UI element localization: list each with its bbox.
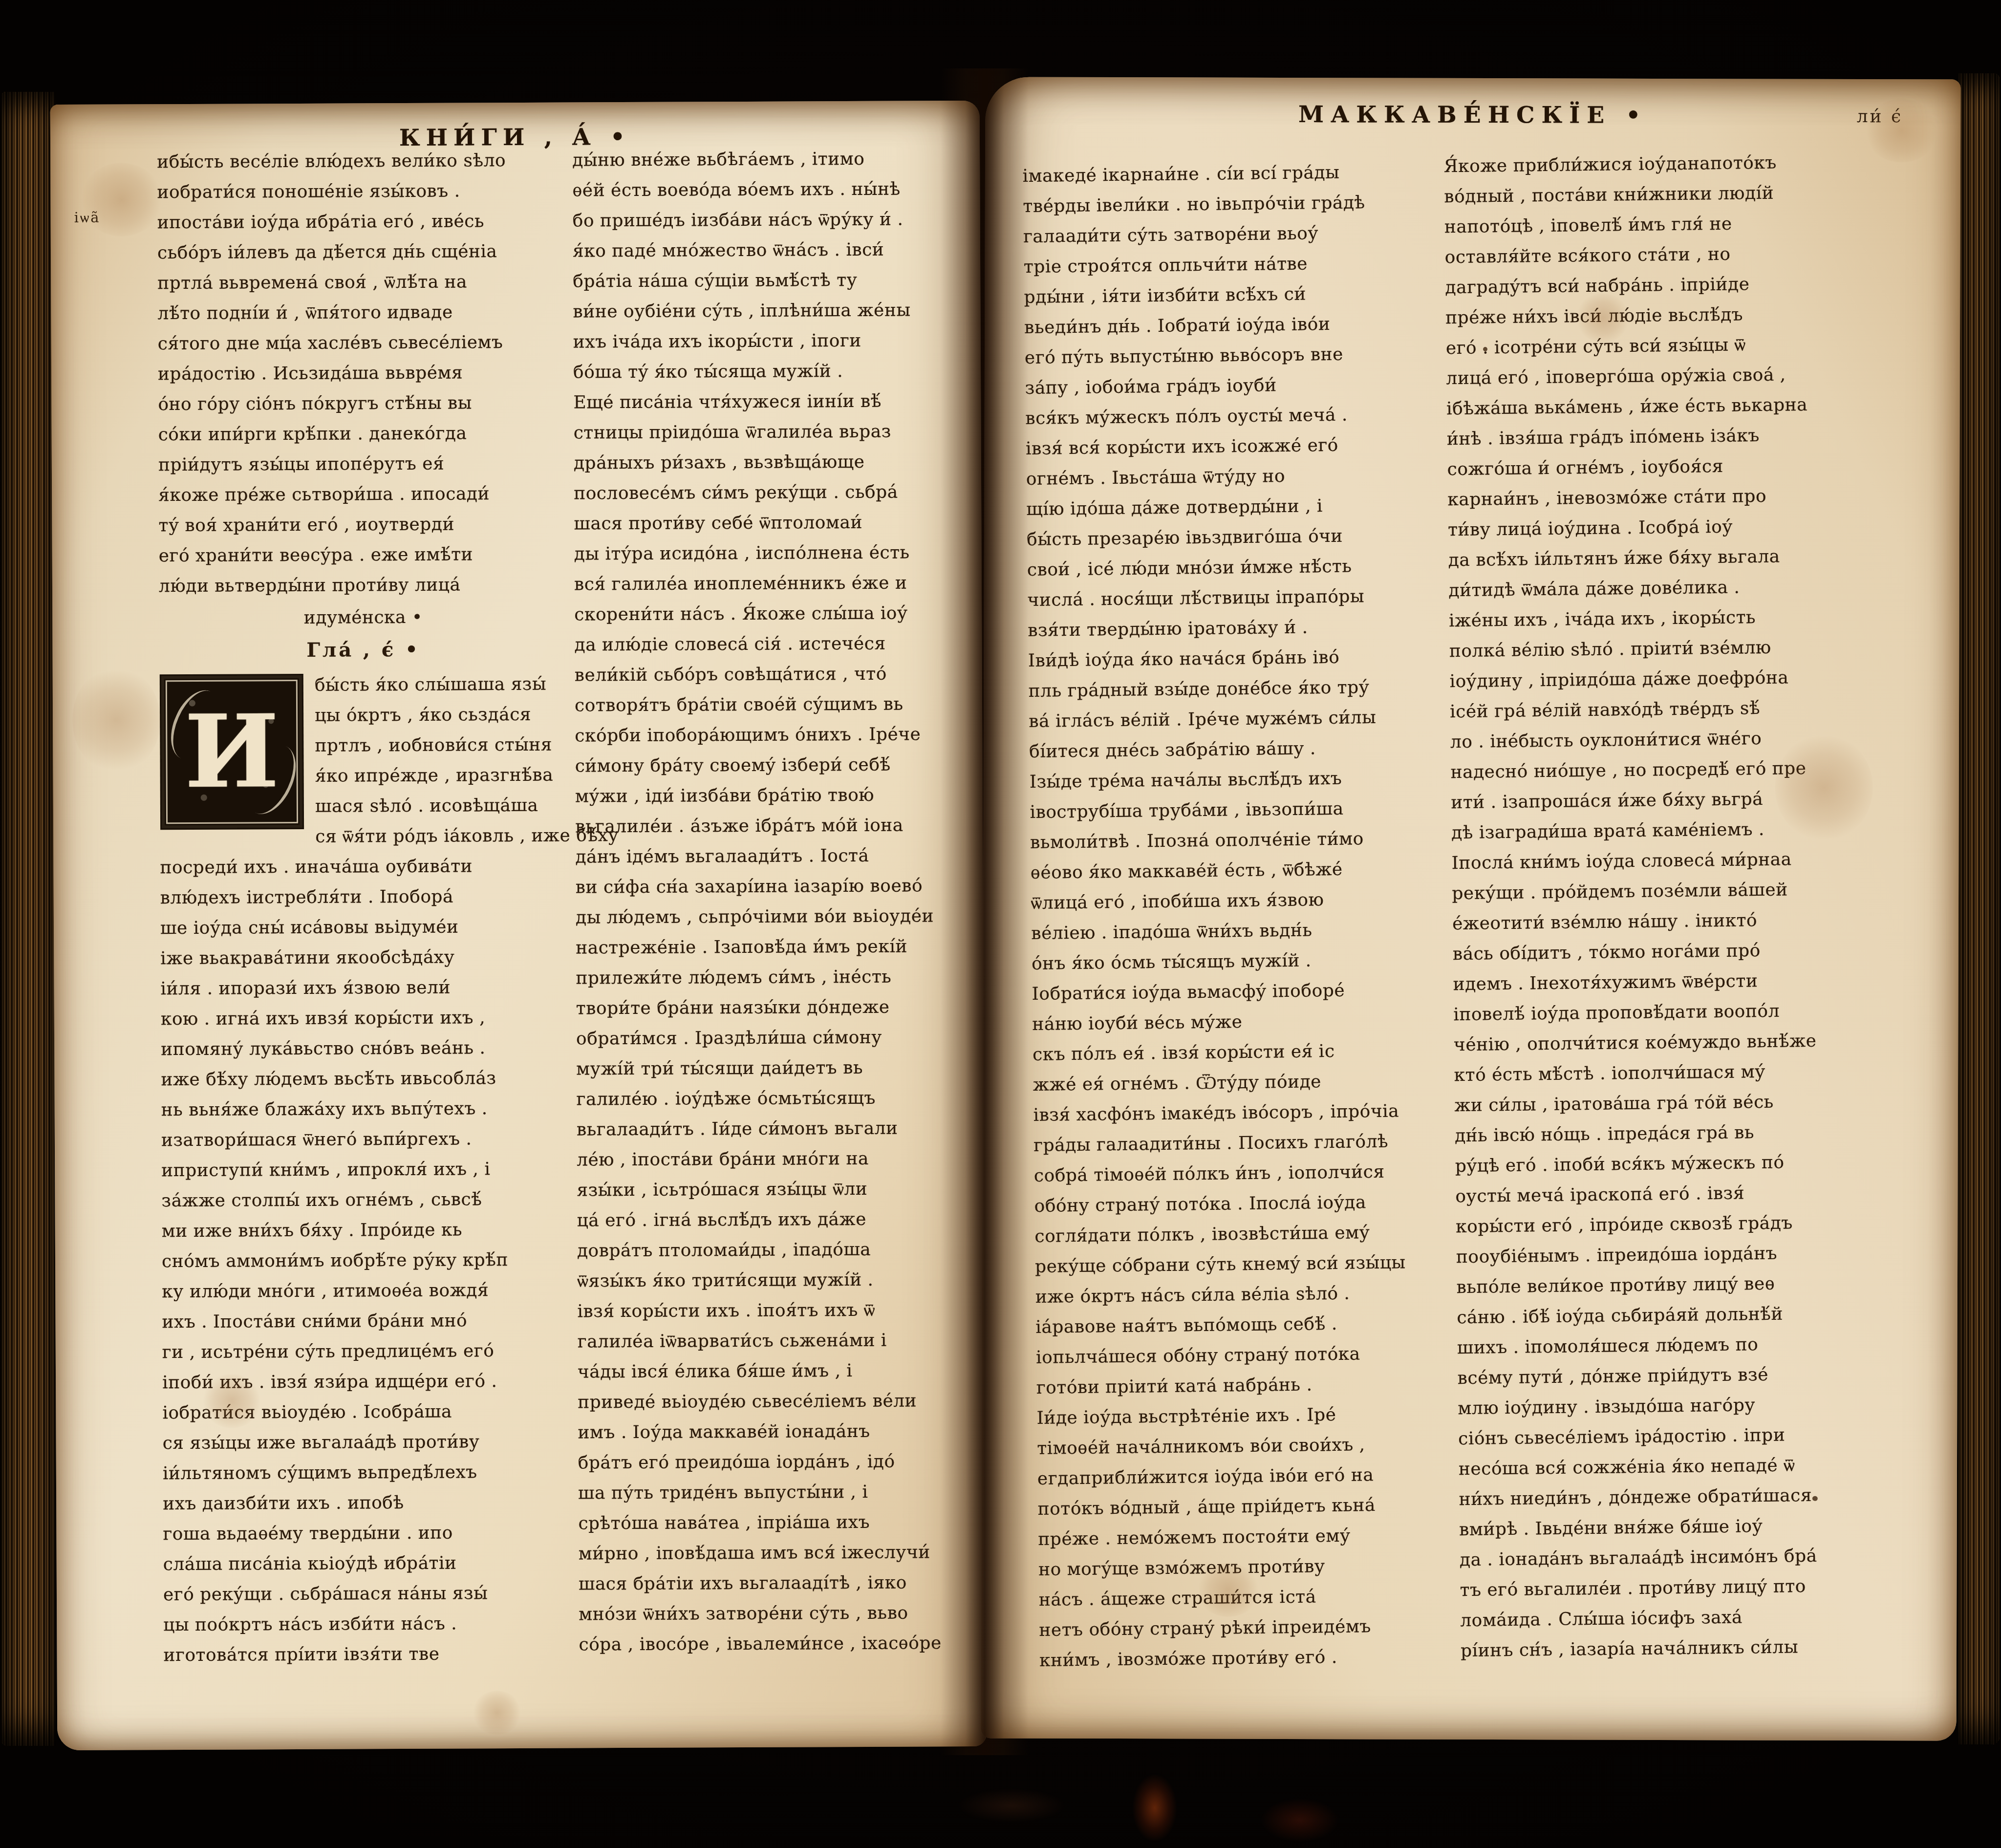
woodcut-initial: И xyxy=(161,675,302,828)
chapter-heading: Гла́ , є́ • xyxy=(159,634,567,666)
right-page-edge-stack xyxy=(1958,73,2000,1744)
binding-glint xyxy=(1261,1798,1339,1842)
binding-glint xyxy=(958,1788,1065,1823)
running-title-right: МАККАВЕ́НСКЇЕ • xyxy=(985,100,1960,129)
binding-glint xyxy=(1133,1775,1177,1841)
right-page-text-block: імакеде́ ікарнаи́не . сі́и всі́ гра́ды т… xyxy=(985,68,1960,80)
drop-cap-letter: И xyxy=(161,675,302,828)
column-text: ибы́сть весе́ліе влю́дехъ вели́ко ѕѣло и… xyxy=(157,146,567,602)
folio-number: ли́ є́ xyxy=(1857,107,1903,127)
margin-note: іѡа̃ xyxy=(74,209,101,226)
right-page-column-1: імакеде́ ікарнаи́не . сі́и всі́ гра́ды т… xyxy=(1022,156,1458,1676)
book-photo-background: КНИ́ГИ , А́ • іѡа̃ ибы́сть весе́ліе влю́… xyxy=(0,0,2001,1848)
left-page-column-1: ибы́сть весе́ліе влю́дехъ вели́ко ѕѣло и… xyxy=(157,146,572,1671)
left-page: КНИ́ГИ , А́ • іѡа̃ ибы́сть весе́ліе влю́… xyxy=(50,101,987,1750)
foxing-stain xyxy=(473,1691,521,1735)
right-page-column-2: Я́коже прибли́жися іоу́данапото́къ во́дн… xyxy=(1443,147,1903,1666)
left-page-column-2: ды́ню вне́же вьбѣга́емъ , ітимо ѳе́й е́с… xyxy=(572,144,988,1660)
foxing-stain xyxy=(72,666,161,774)
column-centered-line: идуме́нска • xyxy=(159,602,567,634)
left-page-edge-stack xyxy=(1,92,56,1746)
right-page: МАККАВЕ́НСКЇЕ • ли́ є́ імакеде́ ікарнаи́… xyxy=(981,77,1961,1741)
